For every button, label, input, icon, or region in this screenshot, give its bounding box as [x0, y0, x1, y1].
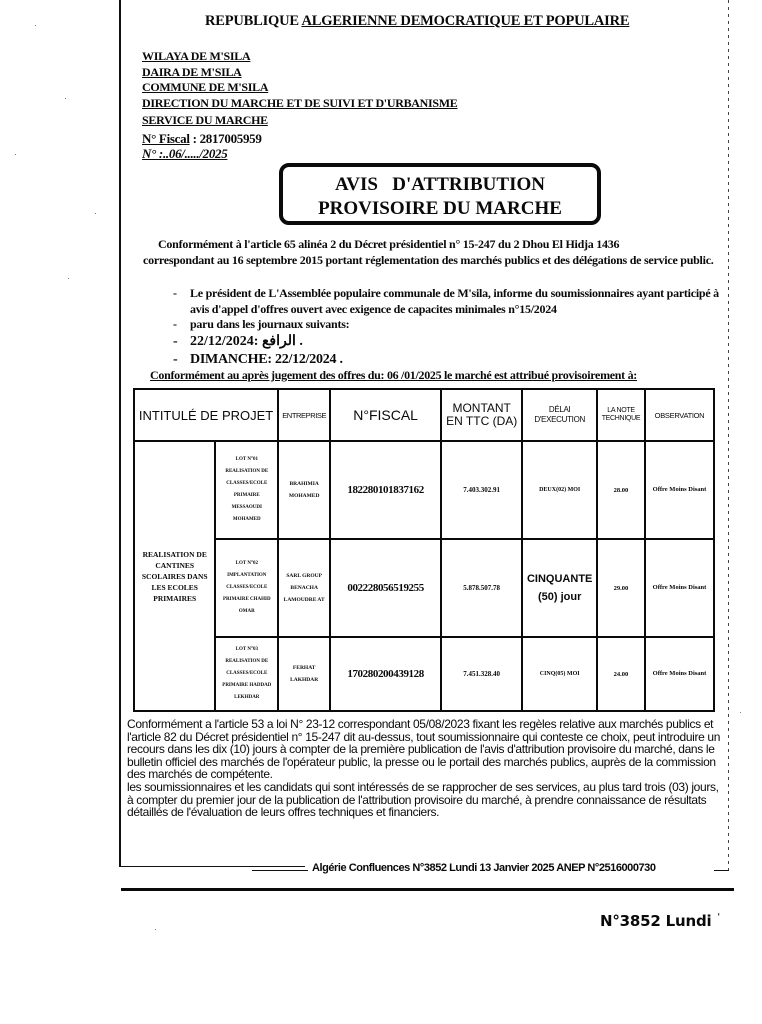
header-fiscal: N°FISCAL — [330, 389, 441, 441]
scan-speck — [68, 278, 69, 279]
frame-right-border — [728, 0, 729, 872]
bullet-president: Le président de L'Assemblée populaire co… — [173, 286, 733, 317]
bullet-arabic-journal: الرافع :22/12/2024 . — [173, 333, 733, 351]
observation-cell: Offre Moins Disant — [645, 637, 714, 711]
fiscal-number-line: N° Fiscal : 2817005959 — [142, 131, 457, 147]
intro-line-2: correspondant au 16 septembre 2015 porta… — [143, 253, 733, 269]
scan-speck — [155, 929, 156, 930]
bullet-journals: paru dans les journaux suivants: — [173, 317, 733, 333]
republique-text-3: ET POPULAIRE — [520, 13, 629, 29]
montant-cell: 5.878.507.78 — [441, 539, 522, 637]
attribution-statement: Conformément au après jugement des offre… — [150, 368, 637, 383]
lot-cell: LOT N°03 REALISATION DE CLASSES/ECOLE PR… — [215, 637, 278, 711]
lot-cell: LOT N°01 REALISATION DE CLASSES/ECOLE PR… — [215, 441, 278, 539]
title-line-2: PROVISOIRE DU MARCHE — [283, 197, 597, 221]
scan-speck — [15, 154, 16, 155]
table-row: LOT N°03 REALISATION DE CLASSES/ECOLE PR… — [134, 637, 714, 711]
note-cell: 29.00 — [597, 539, 645, 637]
entreprise-cell: SARL GROUP BENACHA LAMOUDRE AT — [278, 539, 330, 637]
legal-paragraph-recourse: Conformément a l'article 53 a loi N° 23-… — [127, 718, 727, 781]
intro-paragraph: Conformément à l'article 65 alinéa 2 du … — [143, 237, 733, 268]
issuer-block: WILAYA DE M'SILA DAIRA DE M'SILA COMMUNE… — [142, 49, 457, 162]
table-row: REALISATION DE CANTINES SCOLAIRES DANS L… — [134, 441, 714, 539]
commune-line: COMMUNE DE M'SILA — [142, 80, 457, 96]
note-cell: 24.00 — [597, 637, 645, 711]
footer-tick-mark: ' — [717, 912, 720, 923]
fiscal-cell: 182280101837162 — [330, 441, 441, 539]
header-entreprise: ENTREPRISE — [278, 389, 330, 441]
daira-line: DAIRA DE M'SILA — [142, 65, 457, 81]
header-projet: INTITULÉ DE PROJET — [134, 389, 278, 441]
frame-bottom-border — [119, 866, 305, 867]
direction-line: DIRECTION DU MARCHE ET DE SUIVI ET D'URB… — [142, 96, 457, 112]
entreprise-cell: BRAHIMIA MOHAMED — [278, 441, 330, 539]
frame-left-border — [119, 0, 121, 866]
header-observation: OBSERVATION — [645, 389, 714, 441]
fiscal-label: N° Fiscal — [142, 131, 190, 146]
publication-source: Algérie Confluences N°3852 Lundi 13 Janv… — [312, 862, 656, 874]
service-line: SERVICE DU MARCHE — [142, 113, 457, 129]
republique-text-1: REPUBLIQUE — [205, 13, 302, 29]
scan-speck — [95, 213, 96, 214]
scan-speck — [35, 25, 36, 26]
header-delai: DÉLAI D'EXECUTION — [522, 389, 597, 441]
table-row: LOT N°02 IMPLANTATION CLASSES/ECOLE PRIM… — [134, 539, 714, 637]
montant-cell: 7.403.302.91 — [441, 441, 522, 539]
montant-cell: 7.451.328.40 — [441, 637, 522, 711]
project-title-cell: REALISATION DE CANTINES SCOLAIRES DANS L… — [134, 441, 215, 711]
observation-cell: Offre Moins Disant — [645, 539, 714, 637]
table-header-row: INTITULÉ DE PROJET ENTREPRISE N°FISCAL M… — [134, 389, 714, 441]
intro-line-1: Conformément à l'article 65 alinéa 2 du … — [143, 237, 733, 253]
reference-number: N° :..06/...../2025 — [142, 146, 457, 162]
legal-notice: Conformément a l'article 53 a loi N° 23-… — [127, 718, 727, 819]
fiscal-cell: 002228056519255 — [330, 539, 441, 637]
legal-paragraph-consultation: les soumissionnaires et les candidats qu… — [127, 781, 727, 819]
wilaya-line: WILAYA DE M'SILA — [142, 49, 457, 65]
observation-cell: Offre Moins Disant — [645, 441, 714, 539]
source-line-dash — [252, 870, 308, 871]
delai-cell: CINQ(05) MOI — [522, 637, 597, 711]
footer-issue-text: N°3852 Lundi — [600, 912, 711, 930]
scan-speck — [65, 98, 66, 99]
fiscal-cell: 170280200439128 — [330, 637, 441, 711]
newspaper-page-footer: N°3852 Lundi' — [600, 912, 720, 930]
bullet-dimanche: DIMANCHE: 22/12/2024 . — [173, 351, 733, 369]
scan-speck — [740, 712, 741, 713]
page-divider — [121, 888, 734, 891]
republique-heading: REPUBLIQUE ALGERIENNE DEMOCRATIQUE ET PO… — [205, 13, 629, 30]
republique-text-2: ALGERIENNE DEMOCRATIQUE — [302, 13, 521, 29]
header-note: LA NOTE TECHNIQUE — [597, 389, 645, 441]
note-cell: 28.00 — [597, 441, 645, 539]
delai-cell: CINQUANTE (50) jour — [522, 539, 597, 637]
frame-corner-tick — [714, 870, 729, 871]
notice-title-box: AVIS D'ATTRIBUTION PROVISOIRE DU MARCHE — [279, 163, 601, 225]
delai-cell: DEUX(02) MOI — [522, 441, 597, 539]
lot-cell: LOT N°02 IMPLANTATION CLASSES/ECOLE PRIM… — [215, 539, 278, 637]
bullet-list: Le président de L'Assemblée populaire co… — [173, 286, 733, 369]
header-montant: MONTANT EN TTC (DA) — [441, 389, 522, 441]
entreprise-cell: FERHAT LAKHDAR — [278, 637, 330, 711]
fiscal-value: : 2817005959 — [190, 131, 262, 146]
title-line-1: AVIS D'ATTRIBUTION — [283, 173, 597, 197]
attribution-table: INTITULÉ DE PROJET ENTREPRISE N°FISCAL M… — [133, 388, 715, 712]
